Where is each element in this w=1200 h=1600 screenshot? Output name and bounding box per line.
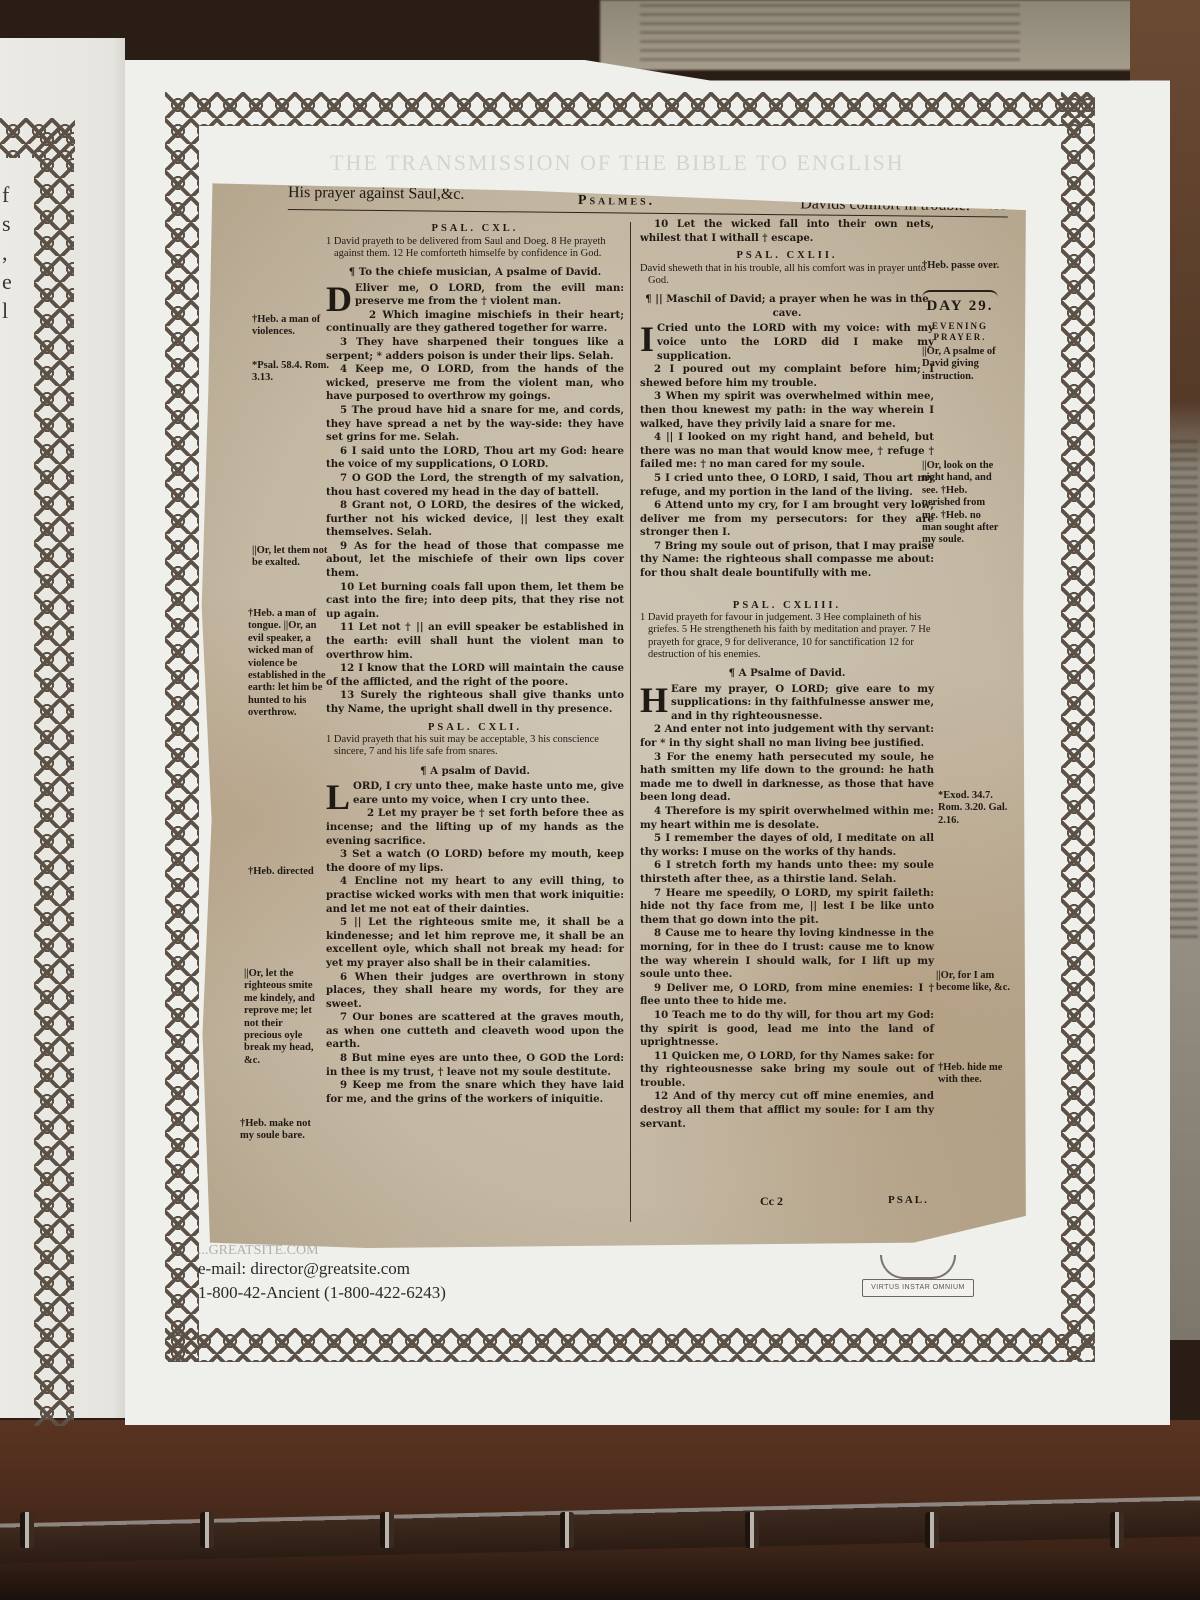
knotwork-border <box>0 118 75 158</box>
margin-note: ||Or, let the righteous smite me kindely… <box>244 968 322 1067</box>
verse: 10 Teach me to do thy will, for thou art… <box>640 1009 934 1050</box>
margin-note: ||Or, let them not be exalted. <box>252 545 330 570</box>
verse: 6 When their judges are overthrown in st… <box>326 971 624 1012</box>
psalm-heading: PSAL. CXLI. <box>326 721 624 735</box>
verse: 2 I poured out my complaint before him; … <box>640 363 934 390</box>
spine-band <box>745 1512 759 1548</box>
margin-note: ||Or, A psalme of David giving instructi… <box>922 346 1000 383</box>
verse-text: Cried unto the LORD with my voice: with … <box>657 322 934 361</box>
verse: 3 When my spirit was overwhelmed within … <box>640 390 934 431</box>
verse: DEliver me, O LORD, from the evill man: … <box>326 282 624 309</box>
verse: 10 Let burning coals fall upon them, let… <box>326 581 624 622</box>
verse: 10 Let the wicked fall into their own ne… <box>640 218 934 245</box>
spine-band <box>1110 1512 1124 1548</box>
margin-note: †Heb. make not my soule bare. <box>240 1118 318 1143</box>
text-char: f <box>2 180 16 209</box>
left-column: PSAL. CXL. 1 David prayeth to be deliver… <box>326 218 624 1106</box>
right-column: 10 Let the wicked fall into their own ne… <box>640 218 934 1131</box>
psalm-summary: 1 David prayeth for favour in judgement.… <box>640 612 934 661</box>
margin-note: †Heb. hide me with thee. <box>938 1062 1016 1087</box>
day-label: DAY 29. <box>922 298 998 315</box>
knotwork-border-left <box>165 92 199 1362</box>
verse: 9 Keep me from the snare which they have… <box>326 1079 624 1106</box>
verse: 3 They have sharpened their tongues like… <box>326 336 624 363</box>
verse: 9 Deliver me, O LORD, from mine enemies:… <box>640 982 934 1009</box>
margin-note: ||Or, look on the right hand, and see. †… <box>922 460 1000 547</box>
psalm-summary: David sheweth that in his trouble, all h… <box>640 263 934 287</box>
verse: 5 I cried unto thee, O LORD, I said, Tho… <box>640 472 934 499</box>
verse: 5 The proud have hid a snare for me, and… <box>326 404 624 445</box>
verse: 2 And enter not into judgement with thy … <box>640 723 934 750</box>
psalm-summary: 1 David prayeth to be delivered from Sau… <box>326 236 624 260</box>
margin-note: *Psal. 58.4. Rom. 3.13. <box>252 360 330 385</box>
verse: LORD, I cry unto thee, make haste unto m… <box>326 780 624 807</box>
psalm-summary: 1 David prayeth that his suit may be acc… <box>326 734 624 758</box>
verse: 2 Which imagine mischiefs in their heart… <box>326 309 624 336</box>
verse-text: Eliver me, O LORD, from the evill man: p… <box>355 282 624 308</box>
folder-faint-title: THE TRANSMISSION OF THE BIBLE TO ENGLISH <box>330 150 905 176</box>
phone-text: 1-800-42-Ancient (1-800-422-6243) <box>198 1281 446 1305</box>
ornament-rule <box>922 290 998 298</box>
running-head-center: Psalmes. <box>578 193 655 210</box>
knotwork-border-right <box>1061 92 1095 1362</box>
crest-motto: VIRTUS INSTAR OMNIUM <box>862 1279 974 1297</box>
psalm-heading: PSAL. CXL. <box>326 222 624 236</box>
verse: 4 || I looked on my right hand, and behe… <box>640 431 934 472</box>
margin-note: †Heb. directed <box>248 866 326 878</box>
knotwork-border-top <box>165 92 1095 126</box>
dropcap: H <box>640 685 668 715</box>
verse: HEare my prayer, O LORD; give eare to my… <box>640 683 934 724</box>
verse: 5 || Let the righteous smite me, it shal… <box>326 916 624 970</box>
verse: 6 I said unto the LORD, Thou art my God:… <box>326 445 624 472</box>
superscription-text: || Maschil of David; a prayer when he wa… <box>655 293 929 319</box>
margin-note: †Heb. a man of violences. <box>252 314 330 339</box>
verse-text: ORD, I cry unto thee, make haste unto me… <box>353 780 624 806</box>
verse: 4 Therefore is my spirit overwhelmed wit… <box>640 805 934 832</box>
psalm-superscription: ¶ A psalm of David. <box>326 765 624 779</box>
psalm-superscription: ¶ || Maschil of David; a prayer when he … <box>640 293 934 320</box>
verse: 3 Set a watch (O LORD) before my mouth, … <box>326 848 624 875</box>
verse: 4 Keep me, O LORD, from the hands of the… <box>326 363 624 404</box>
spine-band <box>925 1512 939 1548</box>
spine-band <box>20 1512 34 1548</box>
crest-ornament-icon <box>880 1255 956 1279</box>
superscription-text: A psalm of David. <box>430 765 530 777</box>
superscription-text: To the chiefe musician, A psalme of Davi… <box>359 266 601 278</box>
text-char: , <box>2 238 16 267</box>
verse: 9 As for the head of those that compasse… <box>326 540 624 581</box>
spine-band <box>380 1512 394 1548</box>
spacer <box>640 581 934 595</box>
verse: 8 Cause me to heare thy loving kindnesse… <box>640 927 934 981</box>
verse: 8 Grant not, O LORD, the desires of the … <box>326 499 624 540</box>
knotwork-border <box>34 126 74 1426</box>
verse: 7 Heare me speedily, O LORD, my spirit f… <box>640 887 934 928</box>
contact-info: ...GREATSITE.COM e-mail: director@greats… <box>198 1257 446 1305</box>
psalm-heading: PSAL. CXLIII. <box>640 599 934 613</box>
text-char: l <box>2 296 16 325</box>
verse: 5 I remember the dayes of old, I meditat… <box>640 832 934 859</box>
verse: 12 And of thy mercy cut off mine enemies… <box>640 1090 934 1131</box>
verse: ICried unto the LORD with my voice: with… <box>640 322 934 363</box>
verse: 4 Encline not my heart to any evill thin… <box>326 875 624 916</box>
verse: 12 I know that the LORD will maintain th… <box>326 662 624 689</box>
psalm-superscription: ¶ To the chiefe musician, A psalme of Da… <box>326 266 624 280</box>
psalm-heading: PSAL. CXLII. <box>640 249 934 263</box>
verse: 6 Attend unto my cry, for I am brought v… <box>640 499 934 540</box>
verse: 11 Quicken me, O LORD, for thy Names sak… <box>640 1050 934 1091</box>
margin-note: †Heb. a man of tongue. ||Or, an evil spe… <box>248 608 326 720</box>
spine-band <box>560 1512 574 1548</box>
psalm-superscription: ¶ A Psalme of David. <box>640 667 934 681</box>
verse: 7 O GOD the Lord, the strength of my sal… <box>326 472 624 499</box>
verse: 7 Bring my soule out of prison, that I m… <box>640 540 934 581</box>
text-char: e <box>2 267 16 296</box>
verse: 2 Let my prayer be † set forth before th… <box>326 807 624 848</box>
verse: 6 I stretch forth my hands unto thee: my… <box>640 859 934 886</box>
verse: 3 For the enemy hath persecuted my soule… <box>640 751 934 805</box>
text-char: s <box>2 209 16 238</box>
dropcap: L <box>326 782 350 812</box>
verse-text: Eare my prayer, O LORD; give eare to my … <box>671 683 934 722</box>
knotwork-border-bottom <box>165 1328 1095 1362</box>
margin-note: †Heb. passe over. <box>922 260 1000 272</box>
crest-logo: VIRTUS INSTAR OMNIUM <box>858 1255 978 1305</box>
folder-left-page: f s , e l <box>0 38 125 1418</box>
dropcap: D <box>326 284 352 314</box>
blurred-text <box>640 4 1020 64</box>
verse: 8 But mine eyes are unto thee, O GOD the… <box>326 1052 624 1079</box>
signature-mark: Cc 2 <box>760 1194 783 1209</box>
superscription-text: A Psalme of David. <box>739 667 846 679</box>
verse: 11 Let not † || an evill speaker be esta… <box>326 621 624 662</box>
margin-note: *Exod. 34.7. Rom. 3.20. Gal. 2.16. <box>938 790 1016 827</box>
column-rule <box>630 222 631 1222</box>
spine-band <box>200 1512 214 1548</box>
evening-prayer-label: EVENING PRAYER. <box>922 321 998 343</box>
catchword: PSAL. <box>888 1194 929 1206</box>
left-page-text-fragment: f s , e l <box>2 180 16 325</box>
day-marker: DAY 29. EVENING PRAYER. <box>922 290 998 343</box>
verse: 13 Surely the righteous shall give thank… <box>326 689 624 716</box>
antique-bible-leaf: His prayer against Saul,&c. Psalmes. Dav… <box>200 178 1030 1248</box>
background-book <box>600 0 1200 70</box>
verse: 7 Our bones are scattered at the graves … <box>326 1011 624 1052</box>
margin-note: ||Or, for I am become like, &c. <box>936 970 1014 995</box>
dropcap: I <box>640 324 654 354</box>
